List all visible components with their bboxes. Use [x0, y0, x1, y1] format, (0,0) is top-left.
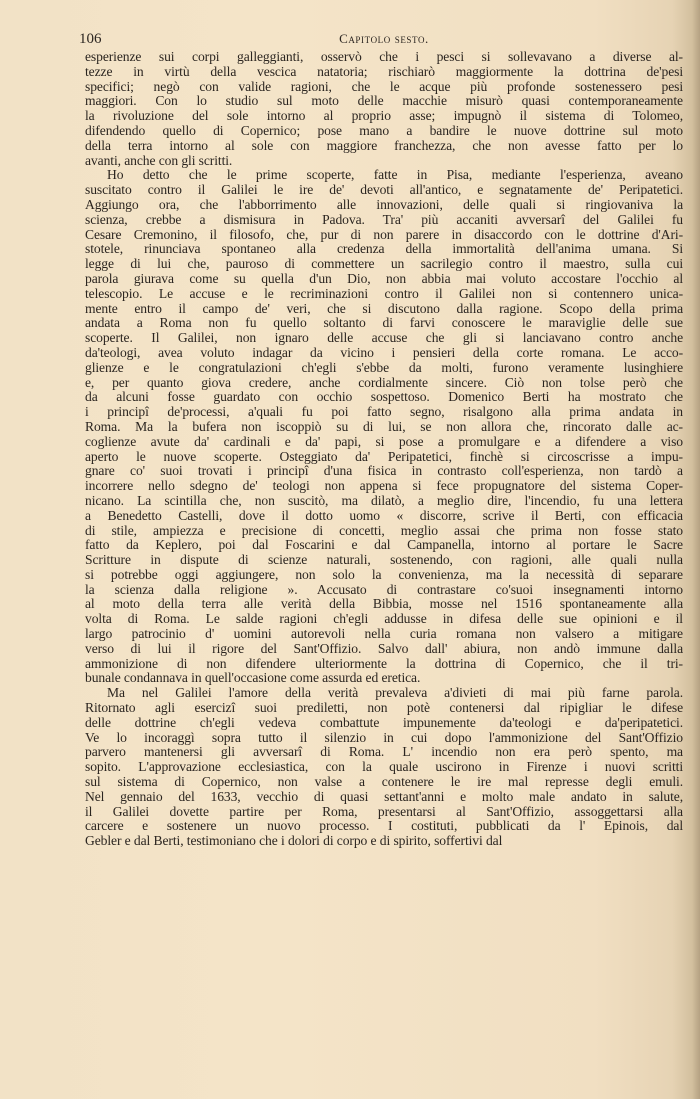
text-line: largo patrocinio d' uomini autorevoli ne…	[85, 627, 683, 642]
text-line: scienza, crebbe a dismisura in Padova. T…	[85, 213, 683, 228]
text-line: bunale condannava in quell'occasione com…	[85, 671, 683, 686]
text-line: di stile, ampiezza e precisione di conce…	[85, 524, 683, 539]
text-line: Aggiungo ora, che l'abborrimento alle in…	[85, 198, 683, 213]
text-line: suscitato contro il Galilei le ire de' d…	[85, 183, 683, 198]
text-line: incorrere nello sdegno de' teologi non a…	[85, 479, 683, 494]
book-page: 106 Capitolo sesto. esperienze sui corpi…	[85, 30, 683, 849]
text-line: tezze in virtù della vescica natatoria; …	[85, 65, 683, 80]
text-line: e, per quanto giova credere, anche cordi…	[85, 376, 683, 391]
text-line: legge di lui che, pauroso di commettere …	[85, 257, 683, 272]
text-line: Ve lo incoraggì sopra tutto il silenzio …	[85, 731, 683, 746]
body-text: esperienze sui corpi galleggianti, osser…	[85, 50, 683, 849]
paragraph: esperienze sui corpi galleggianti, osser…	[85, 50, 683, 168]
text-line: Ritornato agli esercizî suoi prediletti,…	[85, 701, 683, 716]
text-line: la scienza dalla religione ». Accusato d…	[85, 583, 683, 598]
paragraph: Ho detto che le prime scoperte, fatte in…	[85, 168, 683, 686]
text-line: glienze e le congratulazioni ch'egli s'e…	[85, 361, 683, 376]
text-line: Ho detto che le prime scoperte, fatte in…	[85, 168, 683, 183]
text-line: nicano. La scintilla che, non suscitò, m…	[85, 494, 683, 509]
text-line: fatto da Keplero, poi dal Foscarini e da…	[85, 538, 683, 553]
text-line: Nel gennaio del 1633, vecchio di quasi s…	[85, 790, 683, 805]
chapter-title: Capitolo sesto.	[85, 30, 683, 48]
text-line: Scritture in dispute di scienze naturali…	[85, 553, 683, 568]
text-line: mente entro il campo de' veri, che si di…	[85, 302, 683, 317]
text-line: della terra intorno al sole con maggiore…	[85, 139, 683, 154]
page-gutter-shadow	[692, 0, 700, 1099]
text-line: difendendo quello di Copernico; pose man…	[85, 124, 683, 139]
text-line: i principî de'processi, a'quali fu poi f…	[85, 405, 683, 420]
text-line: coglienze avute da' cardinali e da' papi…	[85, 435, 683, 450]
text-line: da'teologi, avea voluto indagar da vicin…	[85, 346, 683, 361]
text-line: sul sistema di Copernico, non valse a co…	[85, 775, 683, 790]
text-line: avanti, anche con gli scritti.	[85, 154, 683, 169]
text-line: carcere e sostenere un nuovo processo. I…	[85, 819, 683, 834]
text-line: da alcuni fosse guardato con occhio sosp…	[85, 390, 683, 405]
text-line: parvero mantenersi gli avversarî di Roma…	[85, 745, 683, 760]
text-line: sopito. L'approvazione ecclesiastica, co…	[85, 760, 683, 775]
text-line: Gebler e dal Berti, testimoniano che i d…	[85, 834, 683, 849]
text-line: telescopio. Le accuse e le recriminazion…	[85, 287, 683, 302]
text-line: delle dottrine ch'egli vedeva combattute…	[85, 716, 683, 731]
text-line: la rivoluzione del sole intorno al propr…	[85, 109, 683, 124]
text-line: aperto le nuove scoperte. Osteggiato da'…	[85, 450, 683, 465]
text-line: volta di Roma. Le salde ragioni ch'egli …	[85, 612, 683, 627]
text-line: maggiori. Con lo studio sul moto delle m…	[85, 94, 683, 109]
text-line: a Benedetto Castelli, dove il dotto uomo…	[85, 509, 683, 524]
text-line: parola giurava come su quella d'un Dio, …	[85, 272, 683, 287]
text-line: Ma nel Galilei l'amore della verità prev…	[85, 686, 683, 701]
text-line: specifici; negò con valide ragioni, che …	[85, 80, 683, 95]
text-line: gnare co' suoi trovati i principî d'una …	[85, 464, 683, 479]
text-line: verso di lui il rigore del Sant'Offizio.…	[85, 642, 683, 657]
text-line: al moto della terra alle verità della Bi…	[85, 597, 683, 612]
text-line: Roma. Ma la bufera non iscoppiò su di lu…	[85, 420, 683, 435]
text-line: Cesare Cremonino, il filosofo, che, pur …	[85, 228, 683, 243]
text-line: esperienze sui corpi galleggianti, osser…	[85, 50, 683, 65]
text-line: andata a Roma non fu quello soltanto di …	[85, 316, 683, 331]
running-head: 106 Capitolo sesto.	[85, 30, 683, 48]
paragraph: Ma nel Galilei l'amore della verità prev…	[85, 686, 683, 849]
text-line: ammonizione di non difendere ulteriormen…	[85, 657, 683, 672]
text-line: stotele, rinunciava spontaneo alla crede…	[85, 242, 683, 257]
text-line: scoperte. Il Galilei, non ignaro delle a…	[85, 331, 683, 346]
text-line: si potrebbe oggi aggiungere, non solo la…	[85, 568, 683, 583]
text-line: il Galilei dovette partire per Roma, pre…	[85, 805, 683, 820]
